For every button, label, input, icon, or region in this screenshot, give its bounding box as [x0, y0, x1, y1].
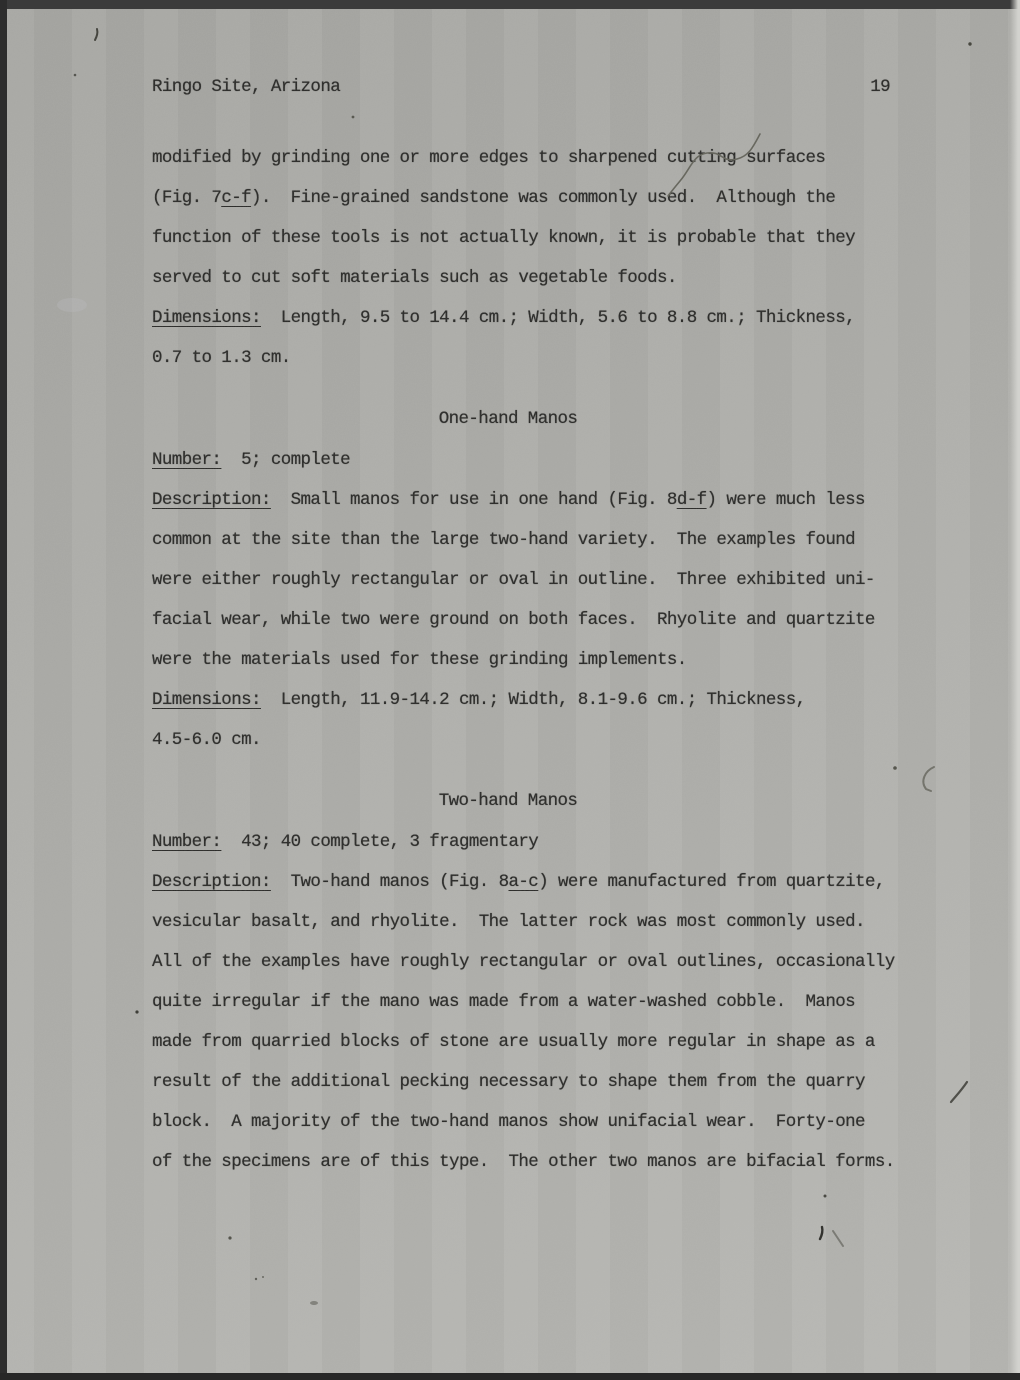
- text-segment: 43; 40 complete, 3 fragmentary: [221, 832, 538, 852]
- text-segment: vesicular basalt, and rhyolite. The latt…: [152, 912, 865, 932]
- page-number: 19: [870, 76, 890, 98]
- text-line: Number: 43; 40 complete, 3 fragmentary: [152, 822, 920, 862]
- text-line: 0.7 to 1.3 cm.: [152, 338, 920, 378]
- text-segment: Length, 9.5 to 14.4 cm.; Width, 5.6 to 8…: [261, 308, 855, 328]
- text-segment: 5; complete: [221, 450, 350, 470]
- text-line: made from quarried blocks of stone are u…: [152, 1022, 920, 1062]
- text-segment: common at the site than the large two-ha…: [152, 530, 855, 550]
- text-segment: ). Fine-grained sandstone was commonly u…: [251, 188, 835, 208]
- text-segment: facial wear, while two were ground on bo…: [152, 610, 875, 630]
- text-segment: Two-hand manos (Fig. 8: [271, 872, 509, 892]
- text-segment: made from quarried blocks of stone are u…: [152, 1032, 875, 1052]
- ink-speck: [968, 42, 971, 45]
- text-line: vesicular basalt, and rhyolite. The latt…: [152, 902, 920, 942]
- underlined-text: Description:: [152, 490, 271, 510]
- text-segment: Two-hand Manos: [439, 791, 578, 811]
- text-line: block. A majority of the two-hand manos …: [152, 1102, 920, 1142]
- text-line: of the specimens are of this type. The o…: [152, 1142, 920, 1182]
- text-line: served to cut soft materials such as veg…: [152, 258, 920, 298]
- text-line: Description: Two-hand manos (Fig. 8a-c) …: [152, 862, 920, 902]
- text-segment: All of the examples have roughly rectang…: [152, 952, 895, 972]
- text-line: Description: Small manos for use in one …: [152, 480, 920, 520]
- text-segment: quite irregular if the mano was made fro…: [152, 992, 855, 1012]
- scan-edge-right: [1010, 0, 1020, 1380]
- underlined-text: c-f: [221, 188, 251, 208]
- ink-speck: [262, 1276, 264, 1278]
- scan-edge-top: [0, 0, 1020, 9]
- pencil-backslash-mark: [833, 1231, 843, 1246]
- text-line: modified by grinding one or more edges t…: [152, 138, 920, 178]
- text-segment: One-hand Manos: [439, 409, 578, 429]
- ink-speck: [352, 116, 355, 119]
- scanned-document-page: Ringo Site, Arizona 19 modified by grind…: [0, 0, 1020, 1380]
- text-line: Number: 5; complete: [152, 440, 920, 480]
- text-line: All of the examples have roughly rectang…: [152, 942, 920, 982]
- ink-speck: [255, 1278, 257, 1280]
- text-segment: were either roughly rectangular or oval …: [152, 570, 875, 590]
- text-segment: modified by grinding one or more edges t…: [152, 148, 825, 168]
- stray-apostrophe-mark: [95, 29, 97, 40]
- underlined-text: Number:: [152, 832, 221, 852]
- text-line: common at the site than the large two-ha…: [152, 520, 920, 560]
- text-line: 4.5-6.0 cm.: [152, 720, 920, 760]
- underlined-text: d-f: [677, 490, 707, 510]
- text-segment: served to cut soft materials such as veg…: [152, 268, 677, 288]
- ink-speck: [824, 1195, 827, 1198]
- underlined-text: Dimensions:: [152, 308, 261, 328]
- text-line: result of the additional pecking necessa…: [152, 1062, 920, 1102]
- text-segment: ) were much less: [707, 490, 865, 510]
- underlined-text: a-c: [508, 872, 538, 892]
- text-line: Dimensions: Length, 9.5 to 14.4 cm.; Wid…: [152, 298, 920, 338]
- text-line: quite irregular if the mano was made fro…: [152, 982, 920, 1022]
- ink-speck: [74, 74, 77, 77]
- underlined-text: Number:: [152, 450, 221, 470]
- section-heading: One-hand Manos: [124, 399, 892, 439]
- text-segment: Small manos for use in one hand (Fig. 8: [271, 490, 677, 510]
- ink-speck: [135, 1010, 138, 1013]
- paper-smudge: [57, 298, 87, 312]
- text-line: were either roughly rectangular or oval …: [152, 560, 920, 600]
- text-line: (Fig. 7c-f). Fine-grained sandstone was …: [152, 178, 920, 218]
- text-line: were the materials used for these grindi…: [152, 640, 920, 680]
- text-line: Dimensions: Length, 11.9-14.2 cm.; Width…: [152, 680, 920, 720]
- ink-tick-mark: [820, 1227, 822, 1239]
- text-segment: ) were manufactured from quartzite,: [538, 872, 885, 892]
- ink-smudge: [310, 1301, 318, 1305]
- text-segment: block. A majority of the two-hand manos …: [152, 1112, 865, 1132]
- pencil-slash-mark: [951, 1082, 967, 1102]
- text-segment: function of these tools is not actually …: [152, 228, 855, 248]
- underlined-text: Dimensions:: [152, 690, 261, 710]
- text-segment: result of the additional pecking necessa…: [152, 1072, 865, 1092]
- page-header: Ringo Site, Arizona 19: [152, 76, 890, 98]
- pencil-paren-mark: [923, 767, 934, 791]
- text-segment: were the materials used for these grindi…: [152, 650, 687, 670]
- text-segment: 4.5-6.0 cm.: [152, 730, 261, 750]
- scan-edge-bottom: [0, 1373, 1020, 1380]
- ink-speck: [228, 1236, 231, 1239]
- text-line: facial wear, while two were ground on bo…: [152, 600, 920, 640]
- running-header: Ringo Site, Arizona: [152, 76, 340, 98]
- text-segment: Length, 11.9-14.2 cm.; Width, 8.1-9.6 cm…: [261, 690, 806, 710]
- section-heading: Two-hand Manos: [124, 781, 892, 821]
- scan-edge-left: [0, 0, 7, 1380]
- text-segment: 0.7 to 1.3 cm.: [152, 348, 291, 368]
- underlined-text: Description:: [152, 872, 271, 892]
- text-line: function of these tools is not actually …: [152, 218, 920, 258]
- text-segment: of the specimens are of this type. The o…: [152, 1152, 895, 1172]
- text-segment: (Fig. 7: [152, 188, 221, 208]
- document-body: modified by grinding one or more edges t…: [152, 138, 920, 1182]
